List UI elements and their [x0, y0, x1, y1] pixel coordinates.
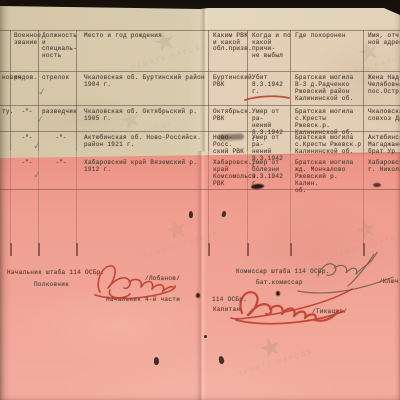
table-cell-r4-c1: -"- [14, 159, 40, 166]
table-cell-r3-c1: -"- [14, 134, 40, 141]
signature-name-left: /Лобанов/ [145, 275, 180, 282]
table-cell-r4-c3: Хабаровский край Вяземский р. 1912 г. [84, 159, 210, 173]
table-cell-r3-c7: Актюбинская Магаджанов брат Ур [368, 134, 400, 155]
table-cell-r1-c3: Чкаловская об. Буртинский район 1904 г. [84, 74, 210, 88]
table-header-col6: Где похоронен [295, 33, 365, 40]
table-cell-r4-c6: Братская могила жд. Мончалово Ржевский р… [295, 159, 365, 194]
signature-rank-center: Капитан [213, 306, 240, 313]
signature-unit-center: 114 ОСБр. [212, 296, 247, 303]
checkmark-pencil-icon: ✓ [35, 114, 45, 126]
table-cell-r1-c4: Буртинский РВК [213, 74, 250, 88]
pin-dot [204, 335, 207, 338]
checkmark-pencil-icon: ✓ [32, 169, 42, 181]
signature-title-right: Комиссар штаба 114 ОСБр. [236, 268, 330, 275]
checkmark-pencil-icon: ✓ [32, 140, 42, 152]
signature-rank-left: Полковник [34, 281, 69, 288]
table-cell-r1-c7: Жена Над. Челябовна пос.Остр [368, 74, 400, 95]
table-header-col2: Должность и специаль- ность [42, 33, 80, 59]
casualty-table: Начальник штаба 114 ОСБр. Полковник /Лоб… [0, 0, 400, 400]
punch-hole [154, 357, 159, 365]
scanned-casualty-document: ★ ПАМЯТЬ НАРОДА ★ ПАМЯТЬ НАРОДА ★ ПАМЯТЬ… [0, 0, 400, 400]
table-header-col1: Военное звание [14, 33, 40, 46]
table-cell-r4-c7: Хабаровск. г. Никола [368, 159, 400, 173]
ink-smudge [218, 134, 244, 141]
signature-rank-right: Бат.комиссар [256, 279, 303, 286]
table-cell-r2-c4: Октябрьск. РВК [213, 108, 250, 122]
table-cell-r4-c5: Умер от болезни 9.3.1942 г. [252, 159, 293, 187]
table-cell-r3-c6: Братская могила с.Кресты Ржевск.р Калини… [295, 134, 365, 155]
table-cell-r1-c5: Убит 8.3.1942 г. [252, 74, 293, 95]
table-cell-r2-c1: -"- [14, 108, 40, 115]
table-cell-r2-c7: Чкаловская совхоз Др [368, 108, 400, 122]
table-cell-r1-c1: рядов. [14, 74, 40, 81]
signature-name-right: /Ключ [379, 278, 399, 285]
table-cell-r1-c6: Братская могила В-3 д.Радченко Ржевский … [295, 74, 365, 102]
punch-hole [189, 211, 193, 218]
signature-title-left: Начальник штаба 114 ОСБр. [7, 269, 105, 276]
table-header-col5: Когда и по какой причи- не выбыл [252, 33, 293, 59]
table-header-col4: Каким РВК и какой обл.призв. [213, 33, 250, 53]
ink-blot [373, 183, 381, 187]
ink-speck [276, 291, 280, 296]
table-cell-r2-c3: Чкаловская об. Октябрьский р. 1905 г. [84, 108, 210, 122]
table-header-col7: Имя, отч. ной адрес [368, 33, 400, 46]
table-cell-r3-c2: -"- [42, 134, 80, 141]
table-cell-r3-c3: Актюбинская об. Ново-Российск. район 192… [84, 134, 210, 148]
table-cell-r2-c2: разведчик [42, 108, 80, 115]
table-cell-r2-c6: Братская могила с.Кресты Ржевск.р. Калин… [295, 108, 365, 136]
table-cell-r1-c2: стрелок [42, 74, 80, 81]
signature-title-center: Начальник 4-й части [106, 296, 180, 303]
ink-speck [196, 293, 200, 298]
table-cell-r4-c4: Хабаровск. край Комсомольск. РВК [213, 159, 250, 187]
signature-name-center: /Тикация/ [312, 308, 347, 315]
table-header-col3: Место и год рождения [84, 33, 210, 40]
checkmark-pencil-icon: ✓ [37, 86, 47, 98]
table-cell-r4-c2: -"- [42, 159, 80, 166]
